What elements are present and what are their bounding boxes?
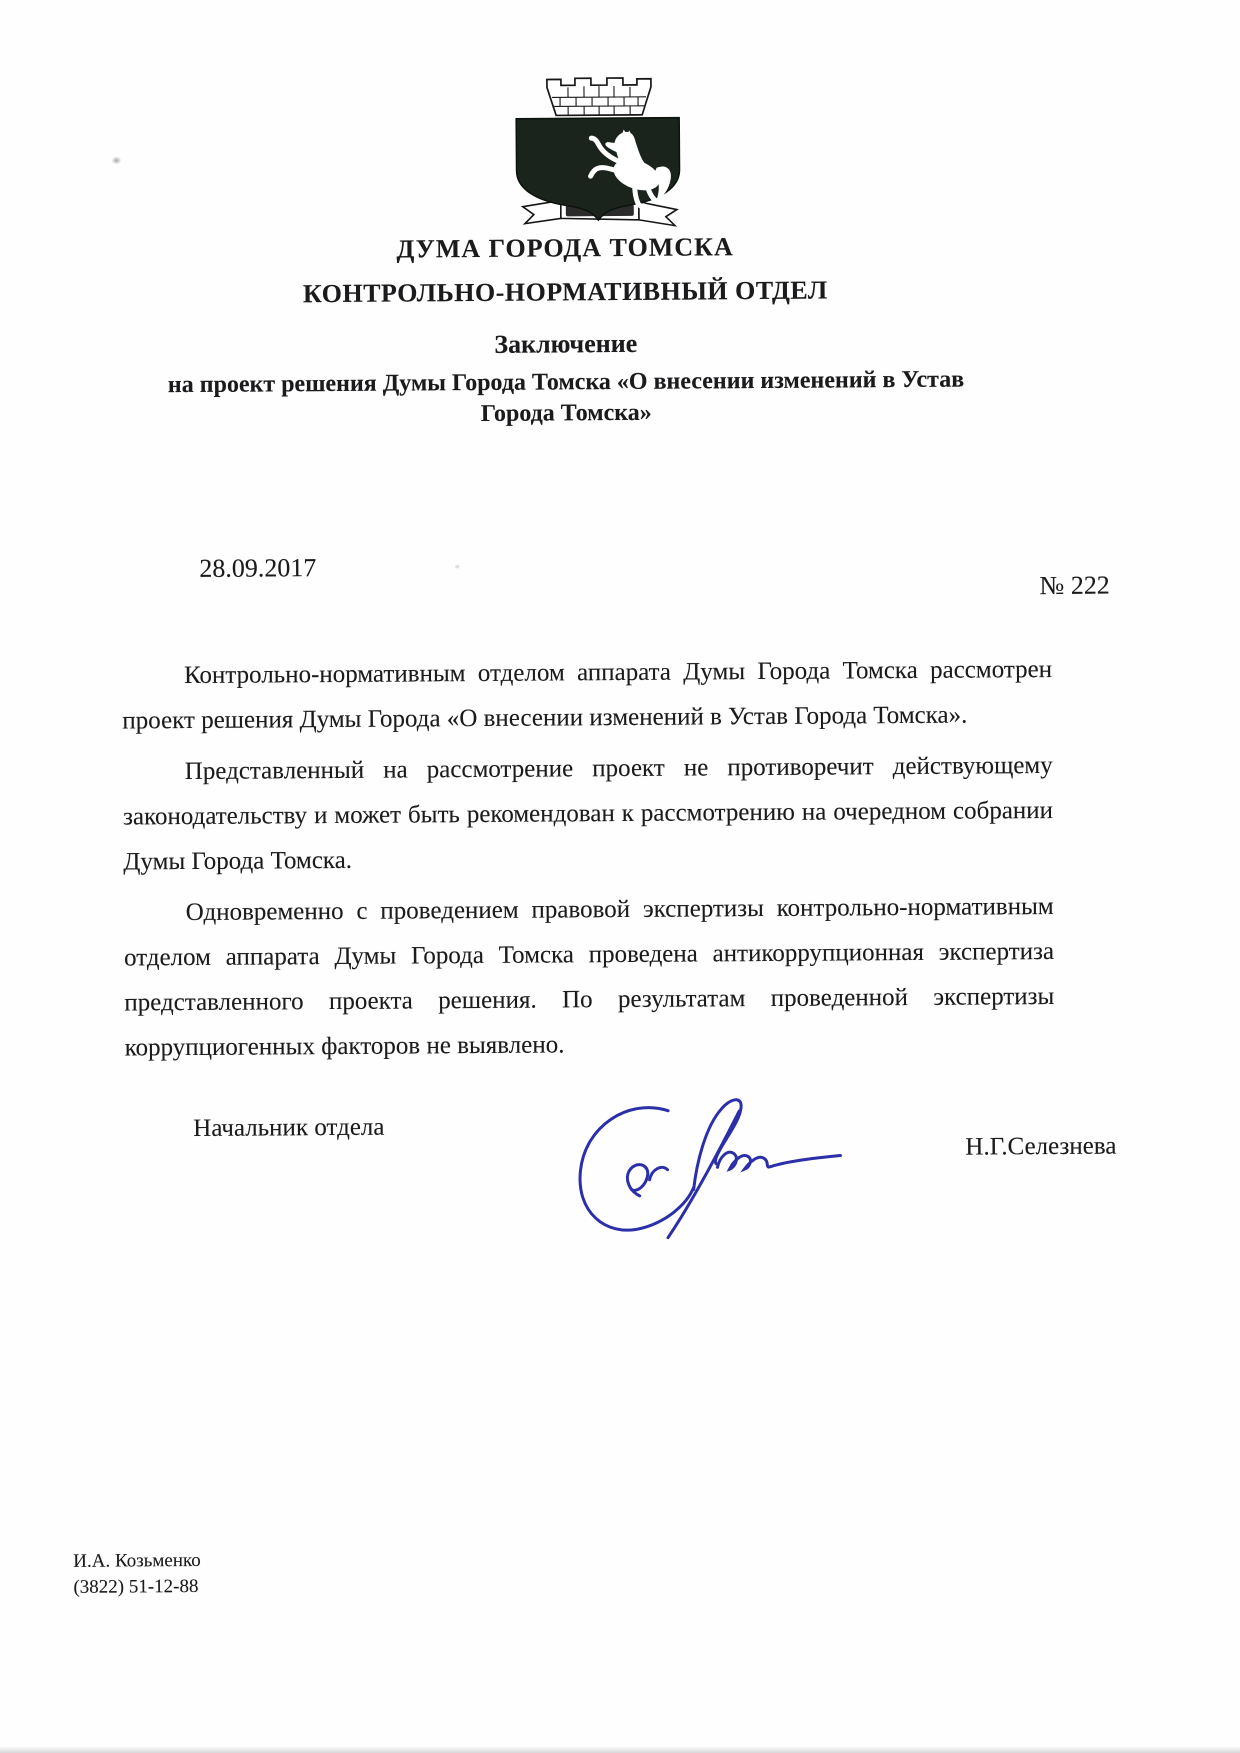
document-date: 28.09.2017 bbox=[199, 553, 316, 584]
letterhead: ДУМА ГОРОДА ТОМСКА КОНТРОЛЬНО-НОРМАТИВНЫ… bbox=[0, 229, 1134, 433]
document-subject: на проект решения Думы Города Томска «О … bbox=[146, 364, 986, 432]
scan-speck bbox=[111, 156, 121, 164]
scanner-edge-shadow bbox=[0, 1746, 1240, 1753]
scan-content: ДУМА ГОРОДА ТОМСКА КОНТРОЛЬНО-НОРМАТИВНЫ… bbox=[0, 0, 1240, 1753]
mural-crown bbox=[547, 78, 651, 116]
scanned-document-page: ДУМА ГОРОДА ТОМСКА КОНТРОЛЬНО-НОРМАТИВНЫ… bbox=[0, 0, 1240, 1753]
scan-speck bbox=[454, 564, 460, 569]
tomsk-coat-of-arms-icon bbox=[508, 69, 691, 228]
executor-name: И.А. Козьменко bbox=[73, 1548, 201, 1575]
organization-name: ДУМА ГОРОДА ТОМСКА bbox=[0, 229, 1133, 267]
executor-contact: И.А. Козьменко (3822) 51-12-88 bbox=[73, 1548, 201, 1601]
document-number: № 222 bbox=[1039, 571, 1110, 601]
document-type-title: Заключение bbox=[0, 325, 1134, 363]
handwritten-signature-icon bbox=[543, 1076, 844, 1248]
department-name: КОНТРОЛЬНО-НОРМАТИВНЫЙ ОТДЕЛ bbox=[0, 273, 1133, 311]
document-body: Контрольно-нормативным отделом аппарата … bbox=[122, 647, 1055, 1076]
signer-position-title: Начальник отдела bbox=[193, 1114, 384, 1143]
signer-name: Н.Г.Селезнева bbox=[965, 1133, 1116, 1162]
body-paragraph-1: Контрольно-нормативным отделом аппарата … bbox=[122, 647, 1053, 743]
body-paragraph-3: Одновременно с проведением правовой эксп… bbox=[124, 884, 1055, 1070]
body-paragraph-2: Представленный на рассмотрение проект не… bbox=[123, 743, 1054, 884]
executor-phone: (3822) 51-12-88 bbox=[73, 1574, 201, 1601]
